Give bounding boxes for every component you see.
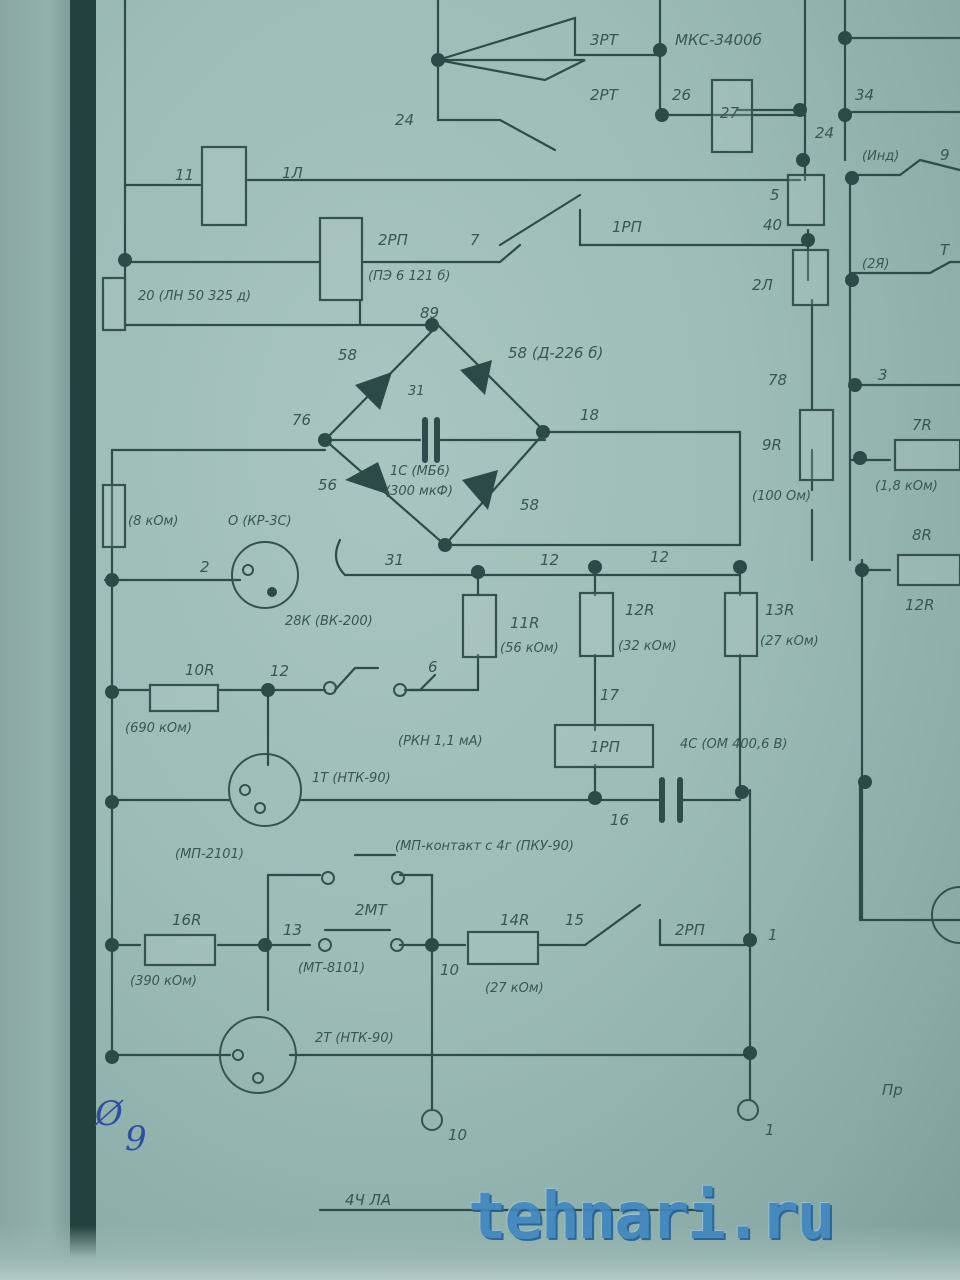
svg-text:2Л: 2Л [752,276,773,294]
svg-text:16R: 16R [172,911,202,929]
svg-text:(27 кОм): (27 кОм) [485,981,544,996]
svg-text:О (КР-3С): О (КР-3С) [228,514,292,529]
svg-text:56: 56 [318,476,337,494]
diode-58-right [460,360,492,395]
svg-text:1РП: 1РП [612,218,642,236]
svg-text:3: 3 [878,366,888,384]
svg-text:16: 16 [610,811,629,829]
svg-text:12: 12 [270,662,289,680]
svg-text:24: 24 [815,124,834,142]
svg-text:11R: 11R [510,614,540,632]
svg-text:12: 12 [540,551,559,569]
svg-text:(РКН 1,1 мА): (РКН 1,1 мА) [398,734,483,749]
svg-text:Пр: Пр [882,1081,903,1099]
resistor-13r [725,593,757,656]
svg-text:34: 34 [855,86,874,104]
resistor-11r [463,595,496,657]
svg-text:12R: 12R [905,596,935,614]
svg-text:(Инд): (Инд) [862,149,899,164]
resistor-16r [145,935,215,965]
resistor-8r [898,555,960,585]
svg-text:1Т (НТК-90): 1Т (НТК-90) [312,771,391,786]
svg-text:2РТ: 2РТ [590,86,620,104]
svg-text:5: 5 [770,186,780,204]
svg-text:31: 31 [385,551,404,569]
svg-text:24: 24 [395,111,414,129]
svg-text:17: 17 [600,686,620,704]
pen-annotation-number: 9 [125,1119,147,1159]
svg-text:8R: 8R [912,526,932,544]
capacitor-4c [662,780,680,820]
svg-text:10: 10 [440,961,459,979]
svg-text:(МП-контакт с 4г (ПКУ-90): (МП-контакт с 4г (ПКУ-90) [395,839,574,854]
svg-text:12R: 12R [625,601,655,619]
svg-text:Т: Т [940,241,951,259]
resistor-12r [580,593,613,656]
svg-text:(1,8 кОм): (1,8 кОм) [875,479,938,494]
terminal-1 [738,1100,758,1120]
svg-text:МКС-3400б: МКС-3400б [675,31,762,49]
svg-text:(2Я): (2Я) [862,257,889,272]
svg-text:7: 7 [470,231,480,249]
watermark-logo: tehnari.ru [468,1180,833,1254]
relay-coil-2rp [320,218,362,300]
svg-text:10: 10 [448,1126,467,1144]
svg-text:(8 кОм): (8 кОм) [128,514,178,529]
svg-text:4С (ОМ 400,6 В): 4С (ОМ 400,6 В) [680,737,787,752]
svg-text:14R: 14R [500,911,530,929]
svg-text:18: 18 [580,406,599,424]
resistor-20 [103,278,125,330]
resistor-10r [150,685,218,711]
svg-text:13R: 13R [765,601,795,619]
svg-text:3РТ: 3РТ [590,31,620,49]
svg-text:76: 76 [292,411,311,429]
svg-text:40: 40 [763,216,782,234]
svg-text:10R: 10R [185,661,215,679]
svg-text:58 (Д-226 б): 58 (Д-226 б) [508,344,603,362]
svg-text:9R: 9R [762,436,782,454]
circuit-schematic: 3РТ МКС-3400б 2РТ 26 27 24 24 34 11 1Л 2… [0,0,960,1280]
svg-text:1: 1 [768,926,778,944]
svg-text:31: 31 [408,384,425,399]
diode-56 [345,462,390,495]
svg-text:(56 кОм): (56 кОм) [500,641,559,656]
svg-text:2РП: 2РП [378,231,408,249]
resistor-14r [468,932,538,964]
svg-text:13: 13 [283,921,302,939]
component-labels: 3РТ МКС-3400б 2РТ 26 27 24 24 34 11 1Л 2… [125,31,951,1209]
svg-text:(МТ-8101): (МТ-8101) [298,961,365,976]
svg-text:1РП: 1РП [590,738,620,756]
svg-text:6: 6 [428,658,438,676]
capacitor-1c [425,420,437,460]
svg-text:(690 кОм): (690 кОм) [125,721,192,736]
svg-text:(27 кОм): (27 кОм) [760,634,819,649]
svg-text:7R: 7R [912,416,932,434]
resistor-8kom [103,485,125,547]
svg-text:58: 58 [520,496,539,514]
fuse-5 [788,175,824,225]
svg-text:(390 кОм): (390 кОм) [130,974,197,989]
svg-text:11: 11 [175,166,194,184]
svg-text:12: 12 [650,548,669,566]
svg-text:(100 Ом): (100 Ом) [752,489,811,504]
resistor-7r [895,440,960,470]
pen-diameter-symbol: Ø [94,1094,124,1134]
svg-text:27: 27 [720,104,740,122]
svg-text:89: 89 [420,304,439,322]
resistor-9r [800,410,833,480]
svg-text:2Т (НТК-90): 2Т (НТК-90) [315,1031,394,1046]
svg-text:1: 1 [765,1121,775,1139]
svg-text:4Ч ЛА: 4Ч ЛА [345,1191,391,1209]
svg-text:9: 9 [940,146,950,164]
svg-text:(МП-2101): (МП-2101) [175,847,244,862]
svg-text:28К (ВК-200): 28К (ВК-200) [285,614,373,629]
relay-coil-11 [202,147,246,225]
terminal-10 [422,1110,442,1130]
svg-text:(32 кОм): (32 кОм) [618,639,677,654]
svg-text:2РП: 2РП [675,921,705,939]
svg-text:(300 мкФ): (300 мкФ) [385,484,453,499]
switch-kr3c [232,542,298,608]
svg-text:58: 58 [338,346,357,364]
svg-text:1Л: 1Л [282,164,303,182]
svg-text:2МТ: 2МТ [355,901,388,919]
svg-text:26: 26 [672,86,691,104]
svg-text:78: 78 [768,371,787,389]
svg-text:15: 15 [565,911,584,929]
right-device [932,887,960,943]
switch-2t [220,1017,296,1093]
svg-text:1С (МБ6): 1С (МБ6) [390,464,450,479]
svg-text:20 (ЛН 50 325 д): 20 (ЛН 50 325 д) [138,289,251,304]
svg-text:(ПЭ 6 121 б): (ПЭ 6 121 б) [368,269,451,284]
svg-text:2: 2 [200,558,210,576]
resistor-2r [793,250,828,305]
